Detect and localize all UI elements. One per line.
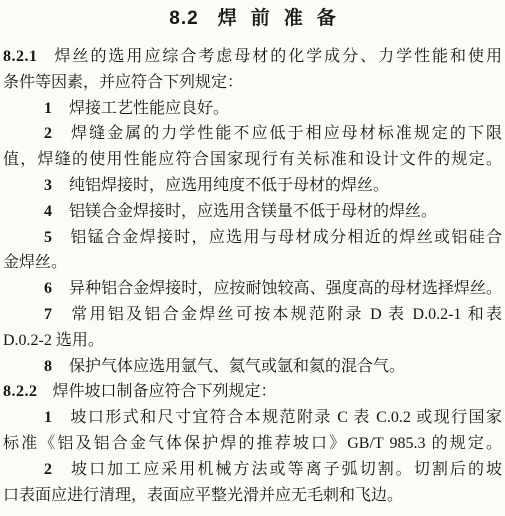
item-5-line-2: 金焊丝。 [3,250,502,276]
item-2-line-1: 2焊缝金属的力学性能不应低于相应母材标准规定的下限 [3,121,502,147]
item-number: 7 [44,306,52,323]
clause-8-2-1-line-2: 条件等因素，并应符合下列规定： [3,70,502,96]
item-4-line: 4铝镁合金焊接时，应选用含镁量不低于母材的焊丝。 [3,199,502,225]
section-number: 8.2 [169,8,198,29]
item-text: 焊缝金属的力学性能不应低于相应母材标准规定的下限 [69,125,502,142]
clause-number: 8.2.1 [3,48,38,65]
item-2b-line-1: 2坡口加工应采用机械方法或等离子弧切割。切割后的坡 [3,457,502,483]
item-1-line: 1焊接工艺性能应良好。 [3,96,502,122]
item-text: 保护气体应选用氩气、氦气或氩和氦的混合气。 [69,358,405,375]
item-text: 口表面应进行清理，表面应平整光滑并应无毛刺和飞边。 [3,487,403,504]
item-text: D.0.2-2 选用。 [3,332,104,349]
item-text: 坡口形式和尺寸宜符合本规范附录 C 表 C.0.2 或现行国家 [69,409,502,426]
item-text: 纯铝焊接时，应选用纯度不低于母材的焊丝。 [69,177,389,194]
item-3-line: 3纯铝焊接时，应选用纯度不低于母材的焊丝。 [3,173,502,199]
clause-8-2-2-line: 8.2.2焊件坡口制备应符合下列规定： [3,379,502,405]
item-number: 1 [44,409,52,426]
clause-number: 8.2.2 [3,383,38,400]
item-7-line-2: D.0.2-2 选用。 [3,328,502,354]
clause-8-2-1-line-1: 8.2.1焊丝的选用应综合考虑母材的化学成分、力学性能和使用 [3,44,502,70]
item-text: 标准《铝及铝合金气体保护焊的推荐坡口》GB/T 985.3 的规定。 [3,435,502,452]
item-5-line-1: 5铝锰合金焊接时，应选用与母材成分相近的焊丝或铝硅合 [3,225,502,251]
item-6-line: 6异种铝合金焊接时，应按耐蚀较高、强度高的母材选择焊丝。 [3,276,502,302]
clause-text: 焊丝的选用应综合考虑母材的化学成分、力学性能和使用 [53,48,503,65]
item-text: 常用铝及铝合金焊丝可按本规范附录 D 表 D.0.2-1 和表 [69,306,502,323]
clause-text: 条件等因素，并应符合下列规定： [3,74,243,91]
item-number: 8 [44,358,52,375]
item-text: 异种铝合金焊接时，应按耐蚀较高、强度高的母材选择焊丝。 [69,280,502,297]
section-title: 焊前准备 [218,8,350,29]
item-2b-line-2: 口表面应进行清理，表面应平整光滑并应无毛刺和飞边。 [3,483,502,509]
item-8-line: 8保护气体应选用氩气、氦气或氩和氦的混合气。 [3,354,502,380]
item-text: 值，焊缝的使用性能应符合国家现行有关标准和设计文件的规定。 [3,151,502,168]
item-text: 金焊丝。 [3,254,67,271]
section-heading: 8.2焊前准备 [3,7,502,31]
item-number: 5 [44,229,52,246]
document-page: 8.2焊前准备 8.2.1焊丝的选用应综合考虑母材的化学成分、力学性能和使用 条… [0,0,505,516]
item-2-line-2: 值，焊缝的使用性能应符合国家现行有关标准和设计文件的规定。 [3,147,502,173]
item-number: 4 [44,203,52,220]
item-text: 铝镁合金焊接时，应选用含镁量不低于母材的焊丝。 [69,203,437,220]
item-text: 铝锰合金焊接时，应选用与母材成分相近的焊丝或铝硅合 [69,229,502,246]
item-7-line-1: 7常用铝及铝合金焊丝可按本规范附录 D 表 D.0.2-1 和表 [3,302,502,328]
item-number: 2 [44,461,52,478]
item-number: 3 [44,177,52,194]
item-text: 坡口加工应采用机械方法或等离子弧切割。切割后的坡 [69,461,502,478]
clause-text: 焊件坡口制备应符合下列规定： [53,383,277,400]
item-1b-line-2: 标准《铝及铝合金气体保护焊的推荐坡口》GB/T 985.3 的规定。 [3,431,502,457]
item-text: 焊接工艺性能应良好。 [69,100,229,117]
item-number: 1 [44,100,52,117]
item-number: 6 [44,280,52,297]
item-number: 2 [44,125,52,142]
item-1b-line-1: 1坡口形式和尺寸宜符合本规范附录 C 表 C.0.2 或现行国家 [3,405,502,431]
